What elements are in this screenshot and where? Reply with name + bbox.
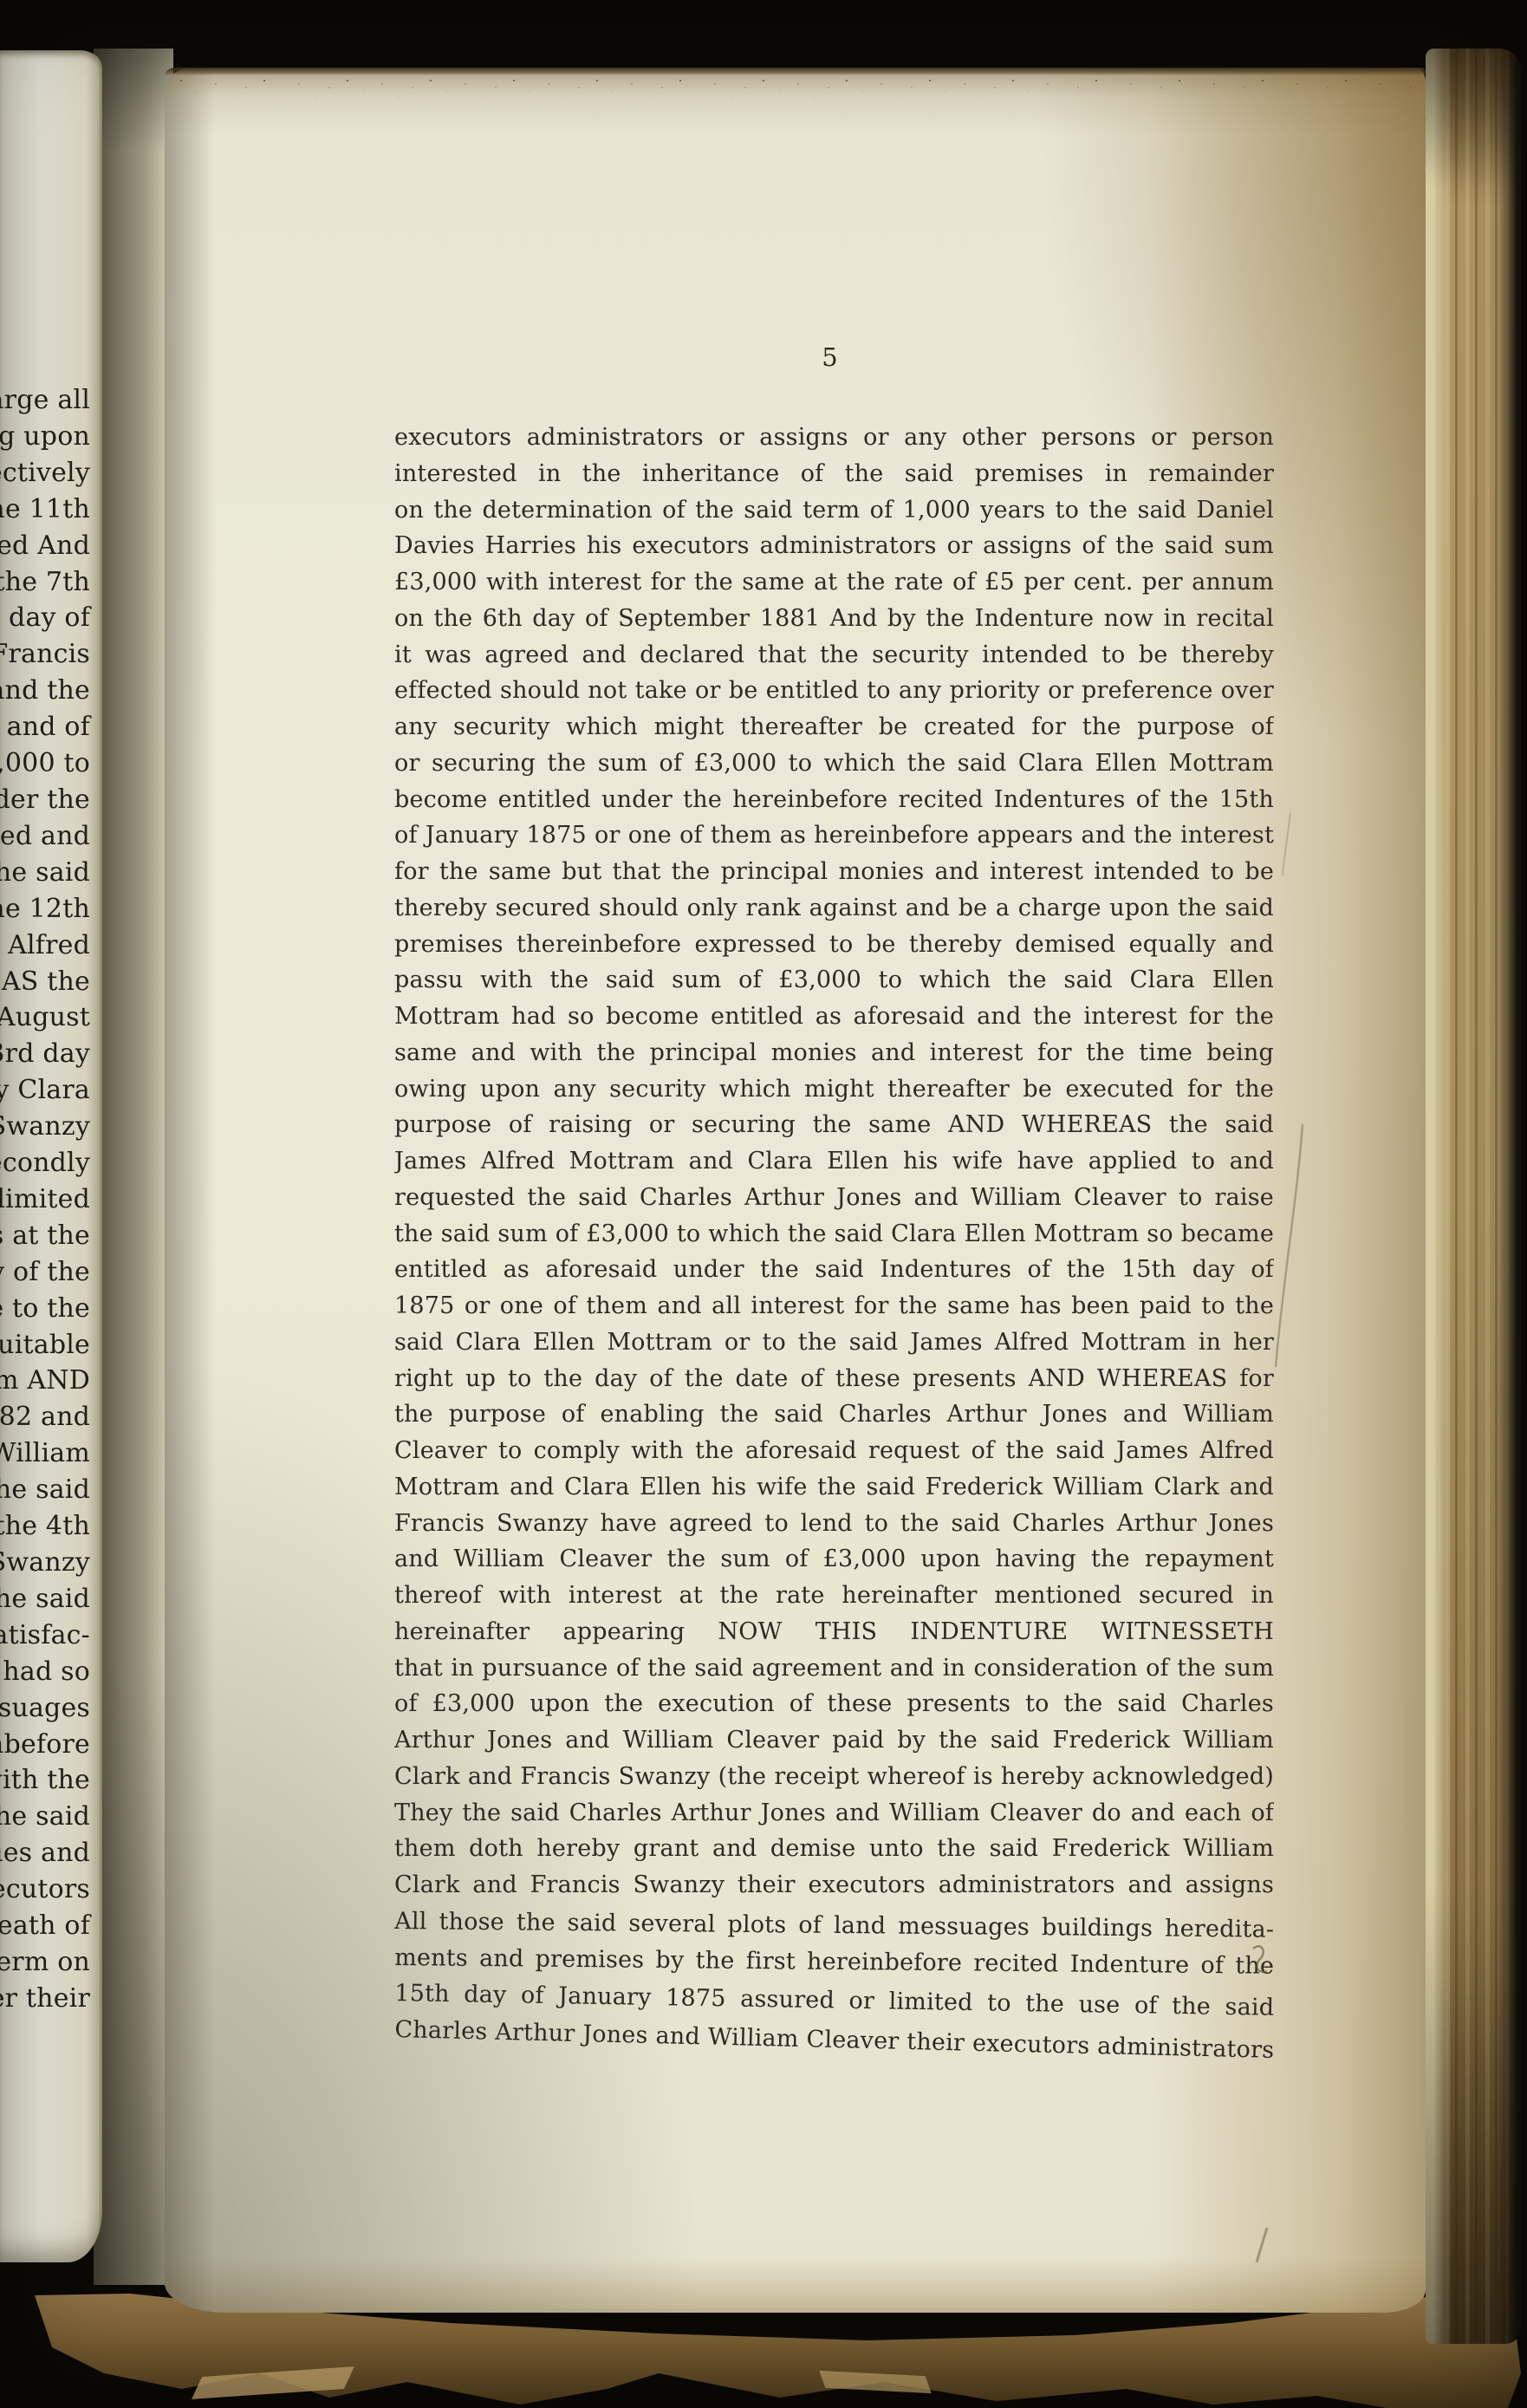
text-line: effected should not take or be entitled … — [394, 673, 1274, 709]
text-line: of £3,000 to — [0, 745, 90, 782]
text-line: executors administrators or assigns or a… — [394, 420, 1274, 456]
left-page-text-fragments: discharge allowing uponrespectivelyon th… — [0, 382, 90, 2017]
text-line: said Clara Ellen Mottram or to the said … — [394, 1324, 1274, 1361]
left-page-edge: discharge allowing uponrespectivelyon th… — [0, 50, 102, 2262]
text-line: t hereinbefore — [0, 1727, 90, 1763]
text-line: Clark and Francis Swanzy (the receipt wh… — [394, 1759, 1274, 1795]
text-line: n the 3rd day — [0, 1036, 90, 1072]
text-line: passu with the said sum of £3,000 to whi… — [394, 962, 1274, 999]
text-line: them AND — [0, 1363, 90, 1399]
text-line: AS the said — [0, 855, 90, 891]
text-line: ies due to the — [0, 1291, 90, 1327]
text-line: it was agreed and declared that the secu… — [394, 637, 1274, 674]
text-line: entitled as aforesaid under the said Ind… — [394, 1252, 1274, 1288]
text-line: ch 1882 and — [0, 1399, 90, 1435]
text-line: said equitable — [0, 1327, 90, 1363]
text-line: premises thereinbefore expressed to be t… — [394, 927, 1274, 963]
text-line: ed under the — [0, 782, 90, 818]
text-line: said Francis — [0, 636, 90, 673]
text-line: thereby secured should only rank against… — [394, 890, 1274, 927]
text-line: on the 6th day of September 1881 And by … — [394, 601, 1274, 637]
text-line: ere with the — [0, 1762, 90, 1799]
text-line: part and the — [0, 673, 90, 709]
text-line: wanzy had so — [0, 1654, 90, 1690]
text-line: Cleaver their — [0, 1981, 90, 2017]
text-line: purpose of raising or securing the same … — [394, 1107, 1274, 1143]
text-line: Swanzy Clara — [0, 1072, 90, 1109]
text-line: mes Alfred — [0, 927, 90, 964]
text-line: of £3,000 upon the execution of these pr… — [394, 1686, 1274, 1722]
text-line: James Alfred Mottram and Clara Ellen his… — [394, 1143, 1274, 1180]
text-line: the said sum of £3,000 to which the said… — [394, 1216, 1274, 1253]
text-line: on the determination of the said term of… — [394, 492, 1274, 529]
text-line: s and William — [0, 1435, 90, 1472]
text-line: them doth hereby grant and demise unto t… — [394, 1831, 1274, 1867]
text-line: such term on — [0, 1944, 90, 1981]
text-line: hereinafter appearing NOW THIS INDENTURE… — [394, 1614, 1274, 1650]
text-line: drew Swanzy — [0, 1109, 90, 1145]
text-line: l monies and — [0, 1835, 90, 1871]
text-line: the secondly — [0, 1145, 90, 1181]
right-page: 5 executors administrators or assigns or… — [165, 68, 1426, 2313]
page-number: 5 — [390, 342, 1270, 372]
text-line: right up to the day of the date of these… — [394, 1361, 1274, 1397]
text-line: Clark and Francis Swanzy their executors… — [394, 1867, 1274, 1904]
text-line: EREAS the — [0, 964, 90, 1000]
text-line: or securing the sum of £3,000 to which t… — [394, 745, 1274, 782]
text-line: same and with the principal monies and i… — [394, 1035, 1274, 1071]
document-text-block: executors administrators or assigns or a… — [394, 420, 1274, 2048]
text-line: his executors — [0, 1871, 90, 1908]
text-line: discharge all — [0, 382, 90, 419]
text-line: £3,000 with interest for the same at the… — [394, 564, 1274, 601]
text-line: arried And — [0, 528, 90, 564]
text-line: d part and of — [0, 709, 90, 745]
text-line: Davies Harries his executors administrat… — [394, 528, 1274, 564]
text-line: s on the 7th — [0, 564, 90, 601]
text-line: st of the said — [0, 1581, 90, 1617]
text-line: satisfied and — [0, 818, 90, 855]
text-line: es of the 4th — [0, 1508, 90, 1545]
text-line: that in pursuance of the said agreement … — [394, 1650, 1274, 1687]
text-line: respectively — [0, 455, 90, 491]
text-line: Arthur Jones and William Cleaver paid by… — [394, 1722, 1274, 1759]
text-line: part the said — [0, 1472, 90, 1508]
text-line: the purpose of enabling the said Charles… — [394, 1396, 1274, 1433]
text-line: e and satisfac- — [0, 1617, 90, 1654]
text-line: owing upon any security which might ther… — [394, 1071, 1274, 1108]
text-line: thereof with interest at the rate herein… — [394, 1578, 1274, 1614]
book-gutter-shadow — [94, 49, 173, 2285]
text-line: arian Swanzy — [0, 1545, 90, 1581]
text-line: lay of August — [0, 999, 90, 1036]
text-line: d. was at the — [0, 1218, 90, 1254]
text-line: Francis Swanzy have agreed to lend to th… — [394, 1506, 1274, 1542]
fore-edge-page-stack — [1426, 49, 1521, 2344]
text-line: e 6th day of — [0, 600, 90, 636]
text-line: owing upon — [0, 419, 90, 455]
page-top-foxing-specks — [173, 75, 1420, 114]
text-line: ecurity of the — [0, 1254, 90, 1291]
text-line: any security which might thereafter be c… — [394, 709, 1274, 745]
text-line: n the death of — [0, 1908, 90, 1944]
text-line: They the said Charles Arthur Jones and W… — [394, 1795, 1274, 1832]
text-line: and William Cleaver the sum of £3,000 up… — [394, 1541, 1274, 1578]
text-line: nd messuages — [0, 1690, 90, 1727]
text-line: Mottram had so become entitled as afores… — [394, 999, 1274, 1035]
text-line: 1875 or one of them and all interest for… — [394, 1288, 1274, 1324]
text-line: of January 1875 or one of them as herein… — [394, 817, 1274, 854]
text-line: on the 11th — [0, 491, 90, 528]
page-top-edge — [165, 68, 1426, 75]
book-page-photo: discharge allowing uponrespectivelyon th… — [0, 0, 1527, 2408]
text-line: n the 12th — [0, 891, 90, 927]
text-line: requested the said Charles Arthur Jones … — [394, 1180, 1274, 1216]
text-line: Cleaver to comply with the aforesaid req… — [394, 1433, 1274, 1469]
text-line: for the same but that the principal moni… — [394, 854, 1274, 890]
text-line: interested in the inheritance of the sai… — [394, 456, 1274, 492]
text-line: 1875 limited — [0, 1181, 90, 1218]
text-line: and the said — [0, 1799, 90, 1835]
text-line: become entitled under the hereinbefore r… — [394, 782, 1274, 818]
text-line: Mottram and Clara Ellen his wife the sai… — [394, 1469, 1274, 1506]
